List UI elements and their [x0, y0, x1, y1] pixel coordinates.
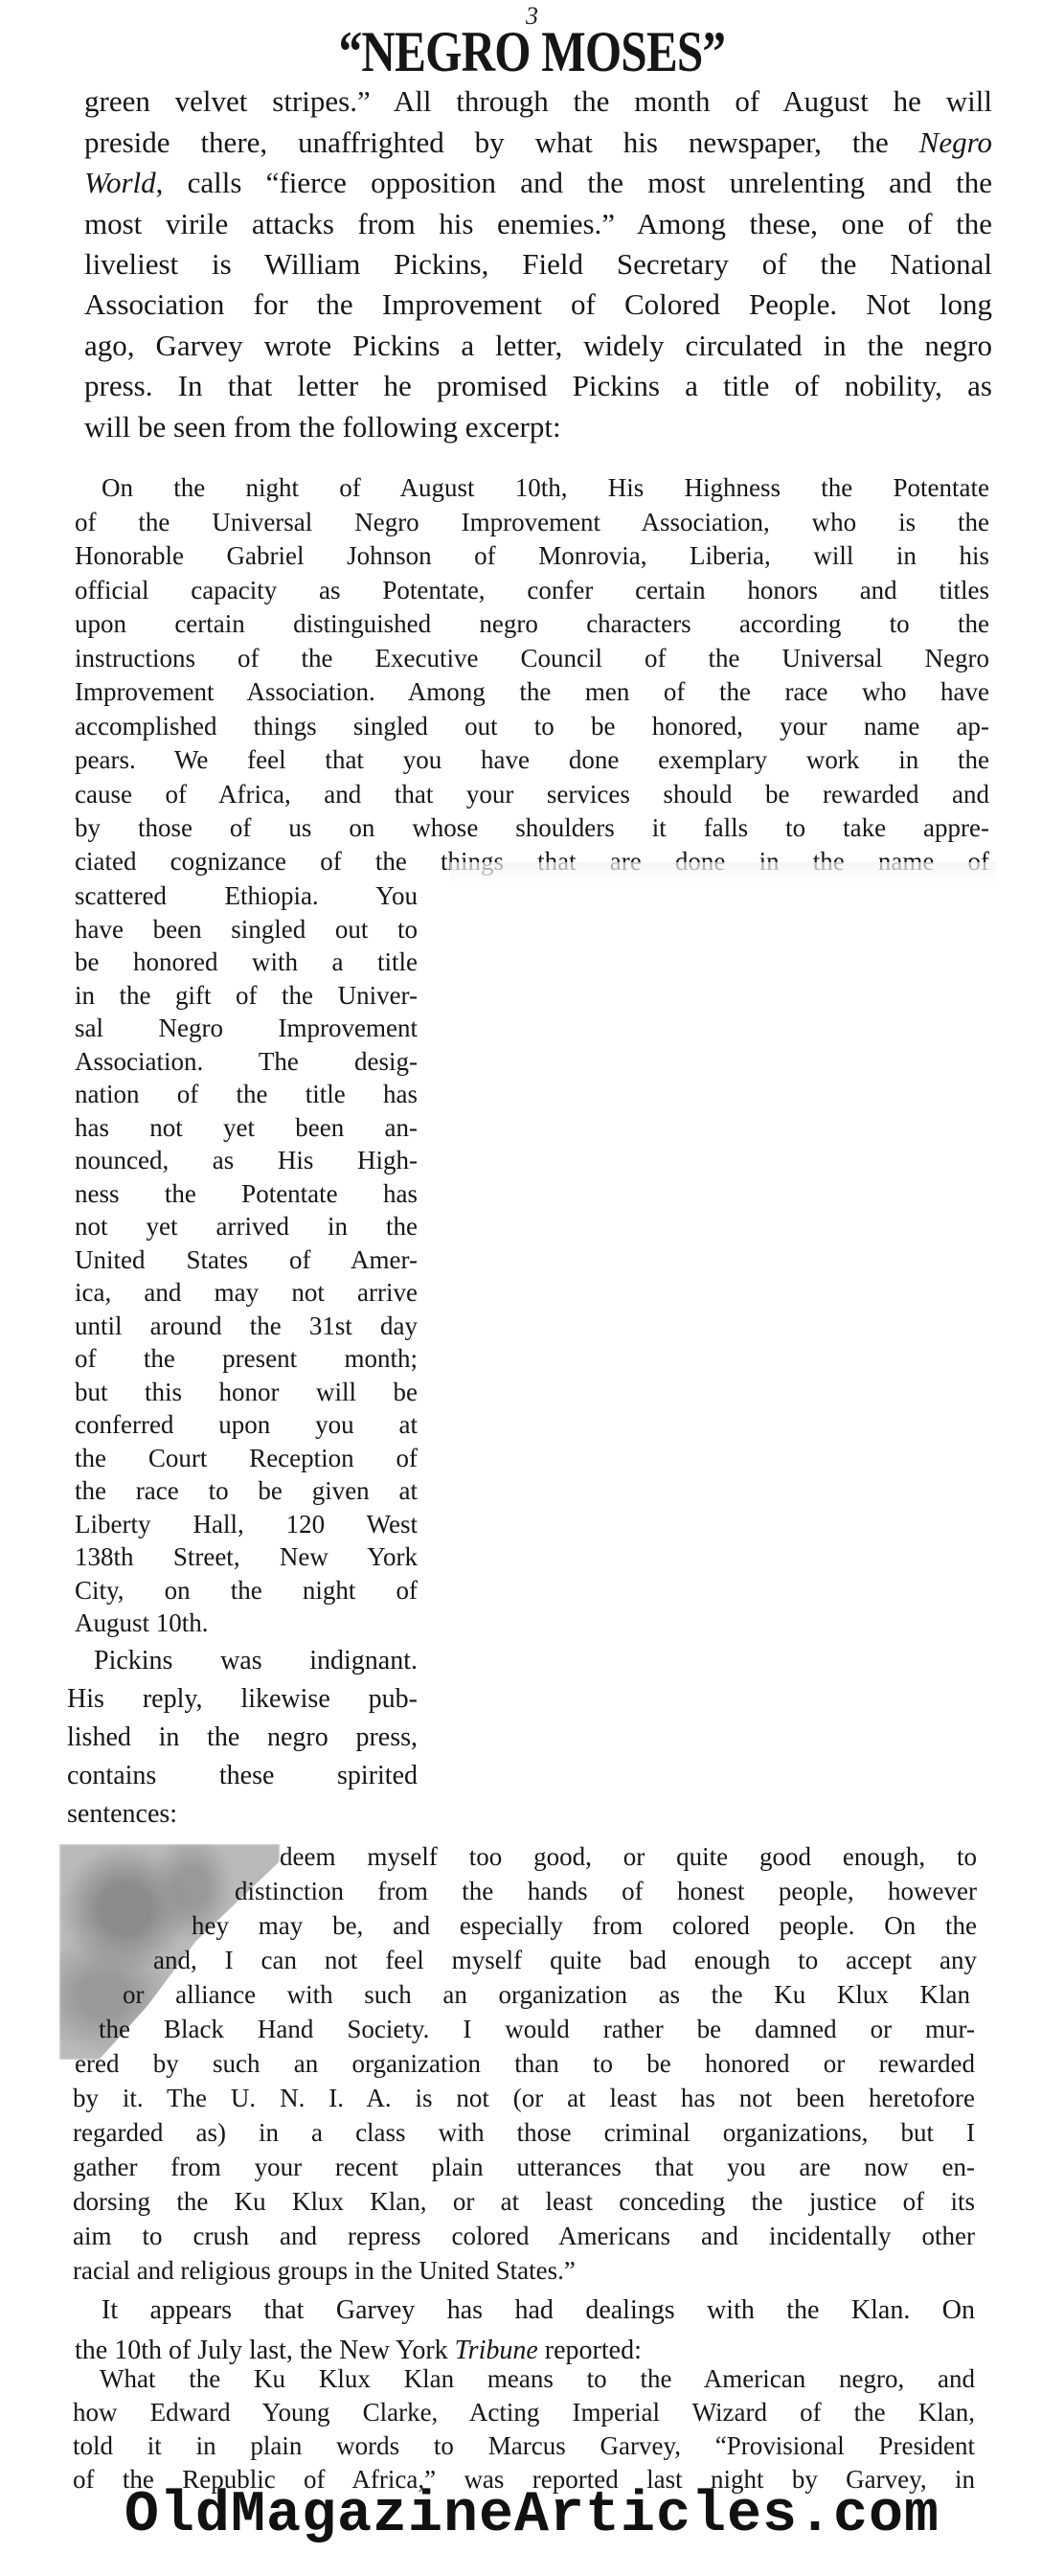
text-line: lished in the negro press, [67, 1724, 418, 1751]
text-span: reported: [545, 2336, 642, 2365]
text-line: Pickins was indignant. [67, 1648, 418, 1675]
quote-line: ered by such an organization than to be … [75, 2051, 975, 2077]
text-line: World, calls “fierce opposition and the … [84, 168, 992, 197]
quote-line: racial and religious groups in the Unite… [73, 2258, 975, 2284]
text-line: It appears that Garvey has had dealings … [75, 2297, 975, 2324]
quote-line: not yet arrived in the [75, 1214, 418, 1240]
quote-line: United States of Amer- [75, 1247, 418, 1273]
quote-line: the Black Hand Society. I would rather b… [99, 2017, 975, 2042]
quote-line: the Court Reception of [75, 1446, 418, 1471]
quote-line: gather from your recent plain utterances… [73, 2154, 975, 2180]
quote-line: pears. We feel that you have done exempl… [75, 747, 989, 773]
publication-name-italic: Negro [919, 125, 992, 159]
text-line: sentences: [67, 1801, 418, 1828]
text-line: contains these spirited [67, 1763, 418, 1790]
quote-line: of the present month; [75, 1346, 418, 1372]
quote-line: in the gift of the Univer- [75, 983, 418, 1009]
quote-line: be honored with a title [75, 949, 418, 975]
quote-line: aim to crush and repress colored America… [73, 2223, 975, 2249]
quote-line: Association. The desig- [75, 1049, 418, 1075]
text-line: green velvet stripes.” All through the m… [84, 86, 992, 116]
quote-line: official capacity as Potentate, confer c… [75, 578, 989, 604]
quote-line: nounced, as His High- [75, 1148, 418, 1174]
text-line: ago, Garvey wrote Pickins a letter, wide… [84, 331, 992, 360]
text-line: His reply, likewise pub- [67, 1686, 418, 1713]
quote-line: told it in plain words to Marcus Garvey,… [73, 2433, 975, 2459]
quote-line: dorsing the Ku Klux Klan, or at least co… [73, 2189, 975, 2215]
quote-line: regarded as) in a class with those crimi… [73, 2120, 975, 2146]
quote-line: but this honor will be [75, 1379, 418, 1405]
text-line: Association for the Improvement of Color… [84, 289, 992, 319]
site-watermark: OldMagazineArticles.com [0, 2483, 1064, 2548]
quote-line: accomplished things singled out to be ho… [75, 714, 989, 740]
quote-line: ica, and may not arrive [75, 1280, 418, 1306]
text-line: liveliest is William Pickins, Field Secr… [84, 249, 992, 279]
quote-line: sal Negro Improvement [75, 1015, 418, 1041]
quote-line: On the night of August 10th, His Highnes… [75, 475, 989, 501]
quote-line: Improvement Association. Among the men o… [75, 679, 989, 705]
text-line: will be seen from the following excerpt: [84, 412, 992, 442]
text-line: preside there, unaffrighted by what his … [84, 127, 992, 157]
text-line: most virile attacks from his enemies.” A… [84, 209, 992, 239]
quote-line: how Edward Young Clarke, Acting Imperial… [73, 2400, 975, 2426]
quote-line: by it. The U. N. I. A. is not (or at lea… [73, 2086, 975, 2111]
quote-line: August 10th. [75, 1610, 418, 1636]
magazine-page: 3 “NEGRO MOSES” green velvet stripes.” A… [0, 0, 1064, 2576]
quote-line: deem myself too good, or quite good enou… [280, 1844, 977, 1870]
text-span: , calls “fierce opposition and the most … [156, 166, 992, 199]
publication-name-italic: Tribune [455, 2336, 538, 2365]
quote-line: Honorable Gabriel Johnson of Monrovia, L… [75, 543, 989, 569]
quote-line: cause of Africa, and that your services … [75, 782, 989, 808]
text-line: the 10th of July last, the New York Trib… [75, 2337, 975, 2364]
quote-line: have been singled out to [75, 917, 418, 943]
quote-line: by those of us on whose shoulders it fal… [75, 815, 989, 841]
text-span: preside there, unaffrighted by what his … [84, 125, 889, 159]
quote-line: the race to be given at [75, 1478, 418, 1504]
quote-line: upon certain distinguished negro charact… [75, 611, 989, 637]
article-title: “NEGRO MOSES” [96, 23, 968, 80]
quote-line: ness the Potentate has [75, 1181, 418, 1207]
text-span: the 10th of July last, the New York [75, 2336, 448, 2365]
quote-line: nation of the title has [75, 1082, 418, 1107]
quote-line: has not yet been an- [75, 1115, 418, 1141]
quote-line: 138th Street, New York [75, 1544, 418, 1570]
quote-line: scattered Ethiopia. You [75, 883, 418, 909]
quote-line: hey may be, and especially from colored … [192, 1913, 977, 1939]
quote-line: instructions of the Executive Council of… [75, 646, 989, 672]
quote-line: Liberty Hall, 120 West [75, 1512, 418, 1538]
quote-line: or alliance with such an organization as… [123, 1982, 970, 2008]
quote-line: distinction from the hands of honest peo… [235, 1879, 977, 1904]
text-line: press. In that letter he promised Pickin… [84, 371, 992, 400]
quote-line: of the Universal Negro Improvement Assoc… [75, 510, 989, 536]
quote-line: What the Ku Klux Klan means to the Ameri… [73, 2366, 975, 2392]
quote-line: conferred upon you at [75, 1412, 418, 1438]
scan-smudge [450, 862, 996, 889]
publication-name-italic: World [84, 166, 156, 199]
quote-line: City, on the night of [75, 1578, 418, 1604]
quote-line: and, I can not feel myself quite bad eno… [153, 1948, 977, 1973]
quote-line: until around the 31st day [75, 1313, 418, 1339]
